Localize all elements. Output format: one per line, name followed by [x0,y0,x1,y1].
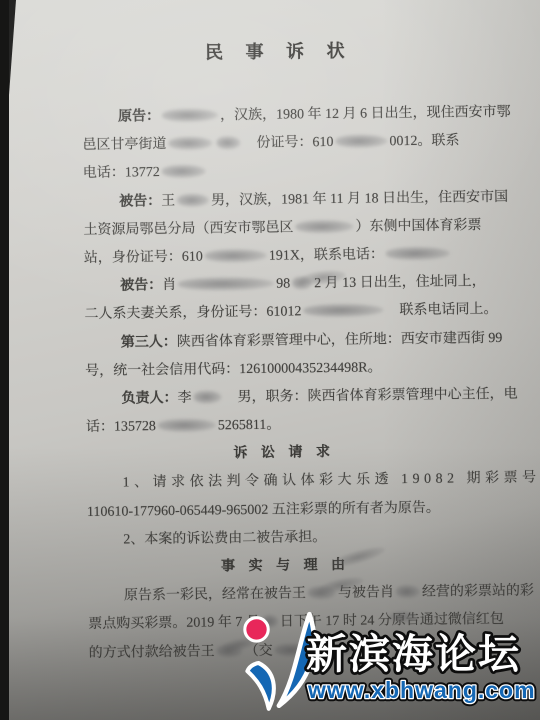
doc-text: 邑区甘亭街道 [82,137,166,153]
doc-text: 联系电话同上。 [385,302,497,318]
redaction-smudge [386,246,450,260]
watermark-url: www.xbhwang.com [307,677,536,703]
doc-line: 1、请求依法判令确认体彩大乐透 19082 期彩票号 [86,466,482,499]
redaction-smudge [303,304,383,318]
doc-text: 第三人： [121,334,177,350]
doc-text: 2 月 13 日出生，住址同上， [314,274,486,291]
redaction-smudge [158,418,216,432]
logo-small-crescent [247,663,273,709]
redaction-smudge [193,390,221,403]
doc-text: 被告： [120,278,162,294]
doc-text: ）东侧中国体育彩票 [355,218,481,235]
document-title: 民 事 诉 状 [81,35,477,66]
redaction-smudge [162,108,218,122]
doc-text: 肖 [162,278,176,293]
doc-text: 电话：13772 [83,165,160,181]
doc-text: 诉 讼 请 求 [233,445,335,461]
redaction-smudge [177,193,209,206]
doc-text: 二人系夫妻关系，身份证号：61012 [84,305,301,323]
doc-text: 与被告肖 [338,585,394,601]
paper-edge-shadow [9,0,16,95]
doc-text: 经营的彩票站的彩 [422,584,534,600]
doc-line: 110610-177960-065449-965002 五注彩票的所有者为原告。 [87,494,483,527]
logo-head-dot [245,618,268,641]
doc-text: 男，汉族，1981 年 11 月 18 日出生，住西安市国 [211,189,508,208]
redaction-smudge [308,586,336,599]
doc-line: 邑区甘亭街道 份证号：6100012。联系 [82,127,478,160]
doc-text: 份证号：610 [242,135,333,151]
redaction-smudge [205,249,267,263]
doc-text: 110610-177960-065449-965002 五注彩票的所有者为原告。 [87,500,440,519]
doc-text: 话：135728 [86,419,156,435]
redaction-smudge [335,134,387,148]
doc-line: 被告：王男，汉族，1981 年 11 月 18 日出生，住西安市国 [83,184,479,217]
doc-text: 陕西省体育彩票管理中心，住所地：西安市建西街 99 [177,330,503,349]
doc-text: 5265811。 [218,418,281,434]
redaction-smudge [396,585,420,598]
doc-text: 事 实 与 理 由 [221,558,350,575]
doc-line: 第三人：陕西省体育彩票管理中心，住所地：西安市建西街 99 [85,325,481,358]
doc-text: 1、请求依法判令确认体彩大乐透 19082 期彩票号 [122,471,540,491]
civil-complaint-body: 民 事 诉 状 原告：，汉族，1980 年 12 月 6 日出生，现住西安市鄂邑… [81,35,485,668]
doc-text: 的方式付款给被告王 [89,644,215,661]
redaction-smudge [162,165,206,179]
doc-text: 号，统一社会信用代码：12610000435234498R。 [85,360,382,379]
doc-text: 0012。联系 [389,134,459,150]
watermark-site-name: 新滨海论坛 [306,631,521,677]
doc-line: 负责人：李 男，职务：陕西省体育彩票管理中心主任，电 [85,381,481,414]
redaction-smudge [168,137,212,151]
doc-line: 二人系夫妻关系，身份证号：61012 联系电话同上。 [84,296,480,329]
doc-text: 土资源局鄂邑分局（西安市鄂邑区 [83,220,293,238]
doc-text: ，汉族，1980 年 12 月 6 日出生，现住西安市鄂 [220,105,511,124]
redaction-smudge [216,136,240,149]
doc-text: 原告系一彩民，经常在被告王 [124,587,306,604]
redaction-smudge [178,277,274,291]
document-lines: 原告：，汉族，1980 年 12 月 6 日出生，现住西安市鄂邑区甘亭街道 份证… [82,99,485,668]
doc-text: 98 [276,277,290,292]
doc-text: 2、本案的诉讼费由二被告承担。 [123,530,326,547]
doc-text: 191X，联系电话： [269,247,384,263]
doc-text: 男，职务：陕西省体育彩票管理中心主任，电 [223,387,517,406]
watermark-text: 新滨海论坛 www.xbhwang.com www.xbhwang.com [296,622,540,714]
doc-text: 负责人： [121,391,177,407]
photo-of-document: 民 事 诉 状 原告：，汉族，1980 年 12 月 6 日出生，现住西安市鄂邑… [0,0,540,720]
doc-text: 站，身份证号：610 [84,249,203,265]
redaction-smudge [295,219,353,233]
redaction-smudge [292,276,312,289]
doc-text: 王 [161,193,175,208]
doc-text: 原告： [118,109,160,125]
doc-text: 被告： [119,194,161,210]
doc-text: 李 [177,391,191,406]
